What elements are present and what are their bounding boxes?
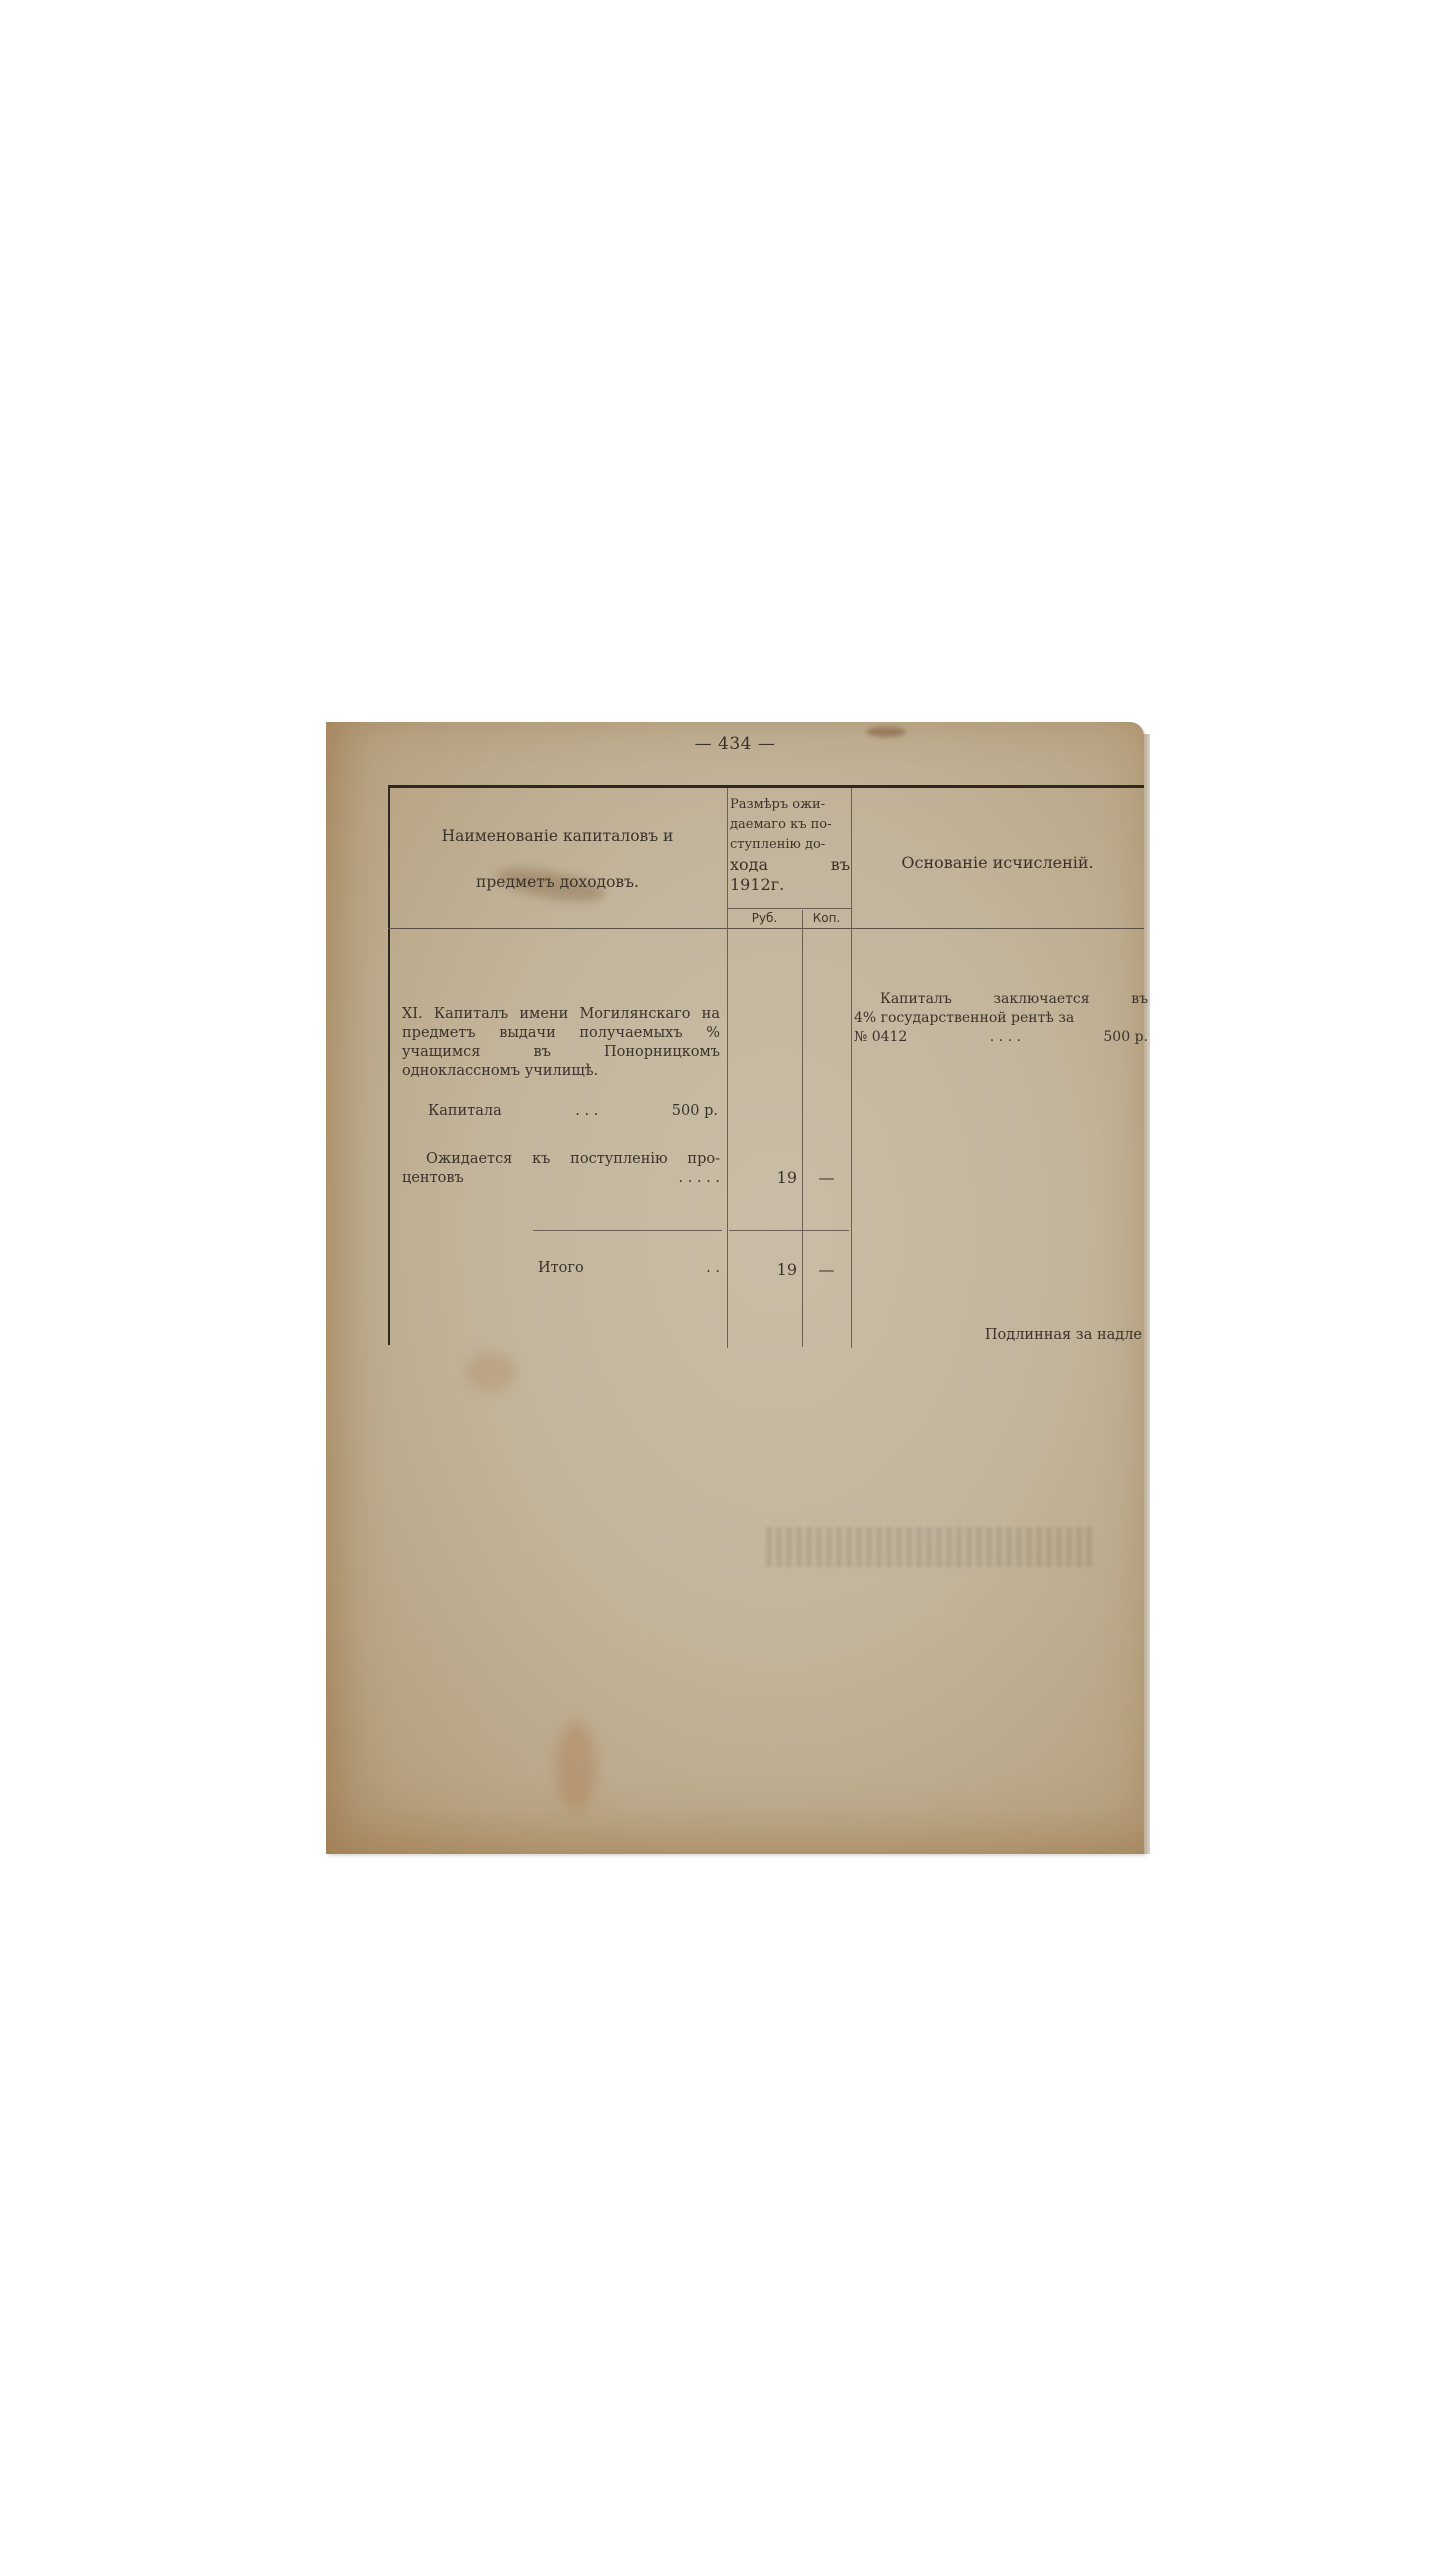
header-basis: Основаніе исчисленій. <box>851 853 1144 872</box>
subheader-rule <box>727 908 851 909</box>
column-divider <box>851 788 852 1348</box>
expected-interest: Ожидается къ поступленію про- центовъ . … <box>402 1150 720 1188</box>
header-bottom-rule <box>388 928 1144 929</box>
sum-rule <box>533 1230 722 1231</box>
certified-note: Подлинная за надле <box>985 1327 1142 1343</box>
header-rub: Руб. <box>727 911 802 925</box>
capital-line: Капитала . . . 500 р. <box>428 1103 718 1119</box>
expected-rub: 19 <box>727 1168 797 1187</box>
bleed-through-text <box>766 1527 1096 1567</box>
stain <box>556 1722 596 1812</box>
document-page: — 434 — Наименованіе капиталовъ и предме… <box>326 722 1144 1854</box>
table-top-rule <box>388 785 1144 788</box>
stain <box>466 1352 516 1392</box>
column-divider <box>802 910 803 1347</box>
sum-rule <box>729 1230 849 1231</box>
basis-text: Капиталъ заключается въ 4% государственн… <box>854 990 1148 1047</box>
total-rub: 19 <box>727 1260 797 1279</box>
expected-kop: — <box>802 1168 851 1187</box>
total-line: Итого . . <box>538 1260 720 1276</box>
header-expected-size: Размѣръ ожи- даемаго къ по- ступленію до… <box>730 795 850 895</box>
page-number: — 434 — <box>326 734 1144 754</box>
income-table: Наименованіе капиталовъ и предметъ доход… <box>388 785 1144 1345</box>
header-name: Наименованіе капиталовъ и предметъ доход… <box>388 813 727 905</box>
total-kop: — <box>802 1260 851 1279</box>
entry-title: XI. Капиталъ имени Могилянскаго на предм… <box>402 1005 720 1081</box>
header-kop: Коп. <box>802 911 851 925</box>
